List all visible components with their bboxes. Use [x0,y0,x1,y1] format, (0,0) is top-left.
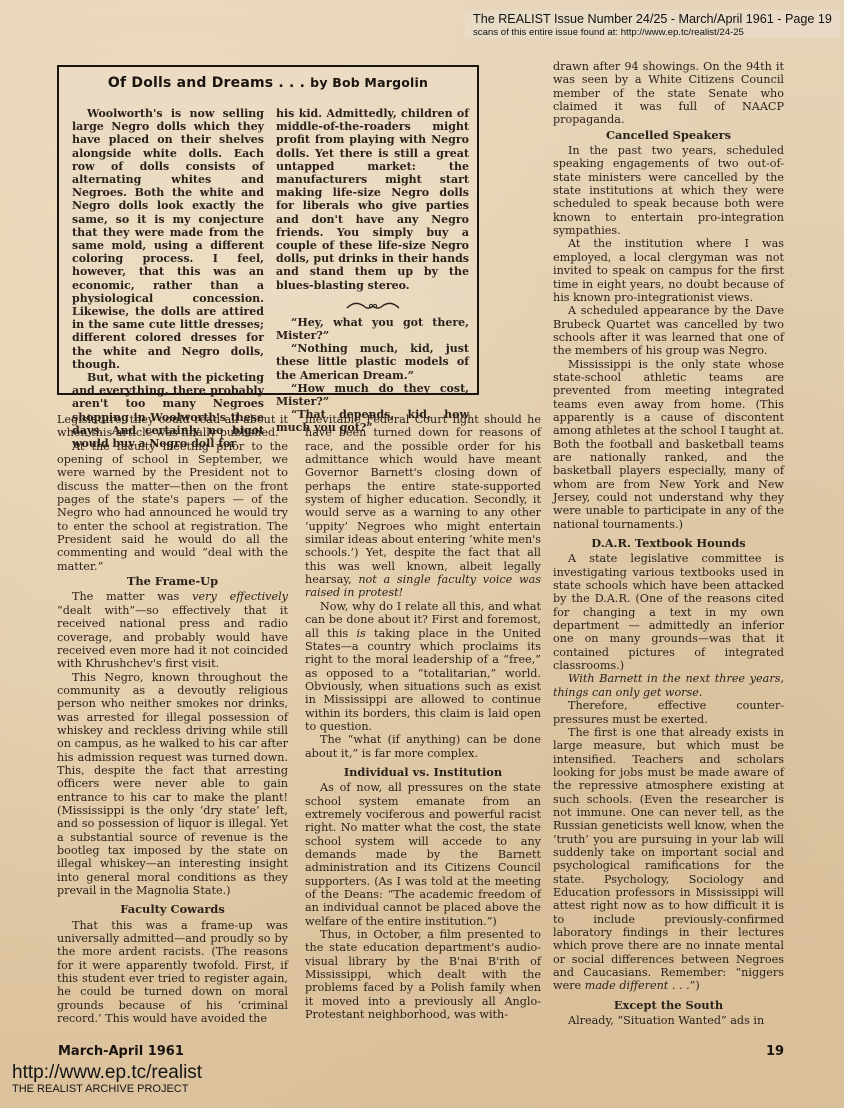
archive-footer: http://www.ep.tc/realist THE REALIST ARC… [12,1062,202,1096]
emphasis-text: very effectively [192,590,288,603]
archive-header-source: scans of this entire issue found at: htt… [473,27,744,38]
emphasis-text: With Barnett in the next three years, th… [553,672,784,698]
box-column-2: his kid. Admittedly, children of middle-… [276,107,469,435]
dialogue-line: “Hey, what you got there, Mister?” [276,316,469,342]
ornament-divider-icon [276,300,469,312]
paragraph: Mississippi is the only state whose stat… [553,358,784,531]
text: taking place in the United States—a coun… [305,627,541,733]
paragraph: A state legislative committee is investi… [553,552,784,672]
archive-url-link[interactable]: http://www.ep.tc/realist [12,1062,202,1083]
column-middle: inevitable Federal Court fight should he… [305,413,541,1021]
sidebar-article-title: Of Dolls and Dreams . . . by Bob Margoli… [59,75,477,91]
paragraph: As of now, all pressures on the state sc… [305,781,541,928]
dialogue-line: “Nothing much, kid, just these little pl… [276,342,469,382]
paragraph: drawn after 94 showings. On the 94th it … [553,60,784,127]
text: The first is one that already exists in … [553,726,784,993]
paragraph: his kid. Admittedly, children of middle-… [276,107,469,292]
subheading-faculty-cowards: Faculty Cowards [57,903,288,916]
archive-header-title: The REALIST Issue Number 24/25 - March/A… [473,12,832,26]
paragraph: The matter was very effectively “dealt w… [57,590,288,670]
paragraph: Already, “Situation Wanted” ads in [553,1014,784,1027]
article-title: Of Dolls and Dreams . . . [108,75,305,91]
issue-date: March-April 1961 [58,1044,184,1059]
subheading-individual-vs-institution: Individual vs. Institution [305,766,541,779]
paragraph: With Barnett in the next three years, th… [553,672,784,699]
subheading-except-the-south: Except the South [553,999,784,1012]
text: “dealt with”—so effectively that it rece… [57,604,288,670]
paragraph: That this was a frame-up was universally… [57,919,288,1026]
dialogue-line: “How much do they cost, Mister?” [276,382,469,408]
paragraph: Legislature, they could read all about i… [57,413,288,440]
page-number: 19 [766,1044,784,1059]
subheading-dar-textbook-hounds: D.A.R. Textbook Hounds [553,537,784,550]
text: inevitable Federal Court fight should he… [305,413,541,586]
paragraph: The “what (if anything) can be done abou… [305,733,541,760]
emphasis-text: is [356,627,365,640]
paragraph: inevitable Federal Court fight should he… [305,413,541,600]
archive-header: The REALIST Issue Number 24/25 - March/A… [465,10,840,38]
emphasis-text: made different . . . [585,979,690,992]
text: ”) [690,979,700,992]
paragraph: This Negro, known throughout the communi… [57,671,288,898]
paragraph: Woolworth's is now selling large Negro d… [72,107,264,371]
subheading-cancelled-speakers: Cancelled Speakers [553,129,784,142]
paragraph: At the faculty meeting prior to the open… [57,440,288,573]
archive-project-label: THE REALIST ARCHIVE PROJECT [12,1083,202,1096]
paragraph: Thus, in October, a film presented to th… [305,928,541,1021]
box-column-1: Woolworth's is now selling large Negro d… [72,107,264,450]
column-left: Legislature, they could read all about i… [57,413,288,1025]
text: The matter was [72,590,192,603]
column-right: drawn after 94 showings. On the 94th it … [553,60,784,1027]
sidebar-article-box: Of Dolls and Dreams . . . by Bob Margoli… [57,65,479,395]
paragraph: Now, why do I relate all this, and what … [305,600,541,733]
paragraph: Therefore, effective counter-pressures m… [553,699,784,726]
paragraph: In the past two years, scheduled speakin… [553,144,784,237]
paragraph: A scheduled appearance by the Dave Brube… [553,304,784,357]
paragraph: The first is one that already exists in … [553,726,784,993]
subheading-frame-up: The Frame-Up [57,575,288,588]
paragraph: At the institution where I was employed,… [553,237,784,304]
article-byline: by Bob Margolin [310,75,428,90]
